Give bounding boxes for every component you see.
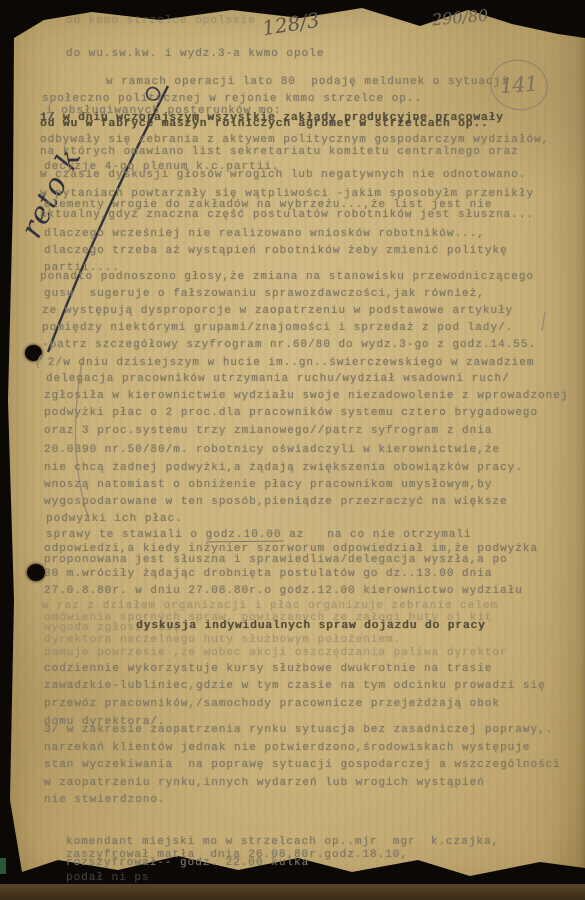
document-line: 3/ w zakresie zaopatrzenia rynku sytuacj… (44, 724, 553, 736)
scanned-document-page: reto k 128/3 290/80 ( 141 od kmmo strzel… (0, 0, 585, 900)
document-line: dlaczego trzeba aż wystąpień robotników … (44, 245, 508, 257)
document-line: nie stwierdzono. (44, 794, 166, 806)
document-line: nie chcą żadnej podwyżki,a żądają zwięks… (44, 462, 523, 474)
document-line: ze występują dysproporcje w zaopatrzeniu… (42, 305, 513, 317)
document-line: podwyżki ich płac. (46, 513, 183, 525)
document-line: pamuje powrzesie ,że wobec akcji oszczęd… (44, 647, 508, 659)
document-line: delegacja pracowników utrzymania ruchu/w… (46, 373, 510, 385)
document-line: w ramach operacji lato 80 podaję meldune… (106, 76, 509, 88)
document-line: codziennie wykorzystuje kursy służbowe d… (44, 663, 492, 675)
document-line: proponowana jest słuszna i sprawiedliwa/… (44, 554, 508, 566)
document-line: dyrektora naczelnego huty służbowym poło… (44, 634, 401, 646)
document-line: -patrz szczegółowy szyfrogram nr.60/80 d… (42, 339, 536, 351)
document-line: oraz 3 proc.systemu trzy zmianowego//pat… (44, 425, 492, 437)
document-line: aktualny,gdyż znaczna część postulatów r… (40, 209, 534, 221)
document-line: wnoszą natomiast o obniżenie płacy praco… (44, 479, 492, 491)
hole-punch-bottom (27, 564, 45, 581)
document-line: 2/w dniu dzisiejszym w hucie im..gn..świ… (48, 357, 534, 369)
document-line: społeczno politycznej w rejonie kmmo str… (42, 93, 422, 105)
document-line: sprawy te stawiali o godz.10.00 az na co… (46, 529, 472, 541)
document-line: w zaopatrzeniu rynku,innych wydarzeń lub… (44, 777, 485, 789)
document-line: na których omawiano list sekretariatu ko… (40, 146, 519, 158)
document-line: podwyżki płac o 2 proc.dla pracowników s… (44, 407, 538, 419)
document-line: przewóz pracowników,/samochody pracownic… (44, 698, 500, 710)
document-line: do wu.sw.kw. i wydz.3-a kwmo opole (66, 48, 324, 60)
document-line: rozszyfrował-- godz. 22.00 kulka (66, 857, 309, 869)
document-line: od wu w fabryce maszyn rolniczych agrome… (40, 118, 488, 130)
document-line: w czasie dyskusji głosów wrogich lub neg… (40, 169, 526, 181)
document-line: 27.0.8.80r. w dniu 27.08.80r.o godz.12.0… (44, 585, 523, 597)
next-page-edge (0, 884, 585, 900)
document-line: 30 m.wróciły żądając drobnięta postulató… (44, 568, 492, 580)
document-line: ponadto podnoszono głosy,że zmiana na st… (40, 271, 534, 283)
document-line: zawadzkie-lubliniec,gdzie w tym czasie n… (44, 680, 546, 692)
scan-artifact-mark (0, 858, 6, 874)
document-line: zgłosiła w kierownictwie wydziału swoje … (44, 390, 568, 402)
document-line: dlaczego wcześniej nie realizowano wnios… (44, 228, 485, 240)
document-line: komendant miejski mo w strzelcach op..mj… (66, 836, 499, 848)
document-line: stan wyczekiwania na poprawę sytuacji go… (44, 759, 561, 771)
document-line: w raz z działem organizacji i płac organ… (42, 600, 498, 612)
document-line: gusu sugeruje o fałszowaniu sprawozdawcz… (44, 288, 485, 300)
document-line: narzekań klientów jednak nie potwierdzon… (44, 742, 530, 754)
document-line: dyskusja indywidualnych spraw dojazdu do… (136, 620, 486, 632)
document-line: wygospodarowane w ten sposób,pieniądze p… (44, 496, 508, 508)
document-line: 20.0390 nr.50/80/m. robotnicy oświadczyl… (44, 444, 500, 456)
document-line: odbywały się zebrania z aktywem politycz… (40, 134, 549, 146)
document-line: pomiędzy niektórymi grupami/znajomości i… (42, 322, 513, 334)
document-line: podał ni ps (66, 872, 150, 884)
document-line: od kmmo strzelce opolskie (66, 15, 256, 27)
